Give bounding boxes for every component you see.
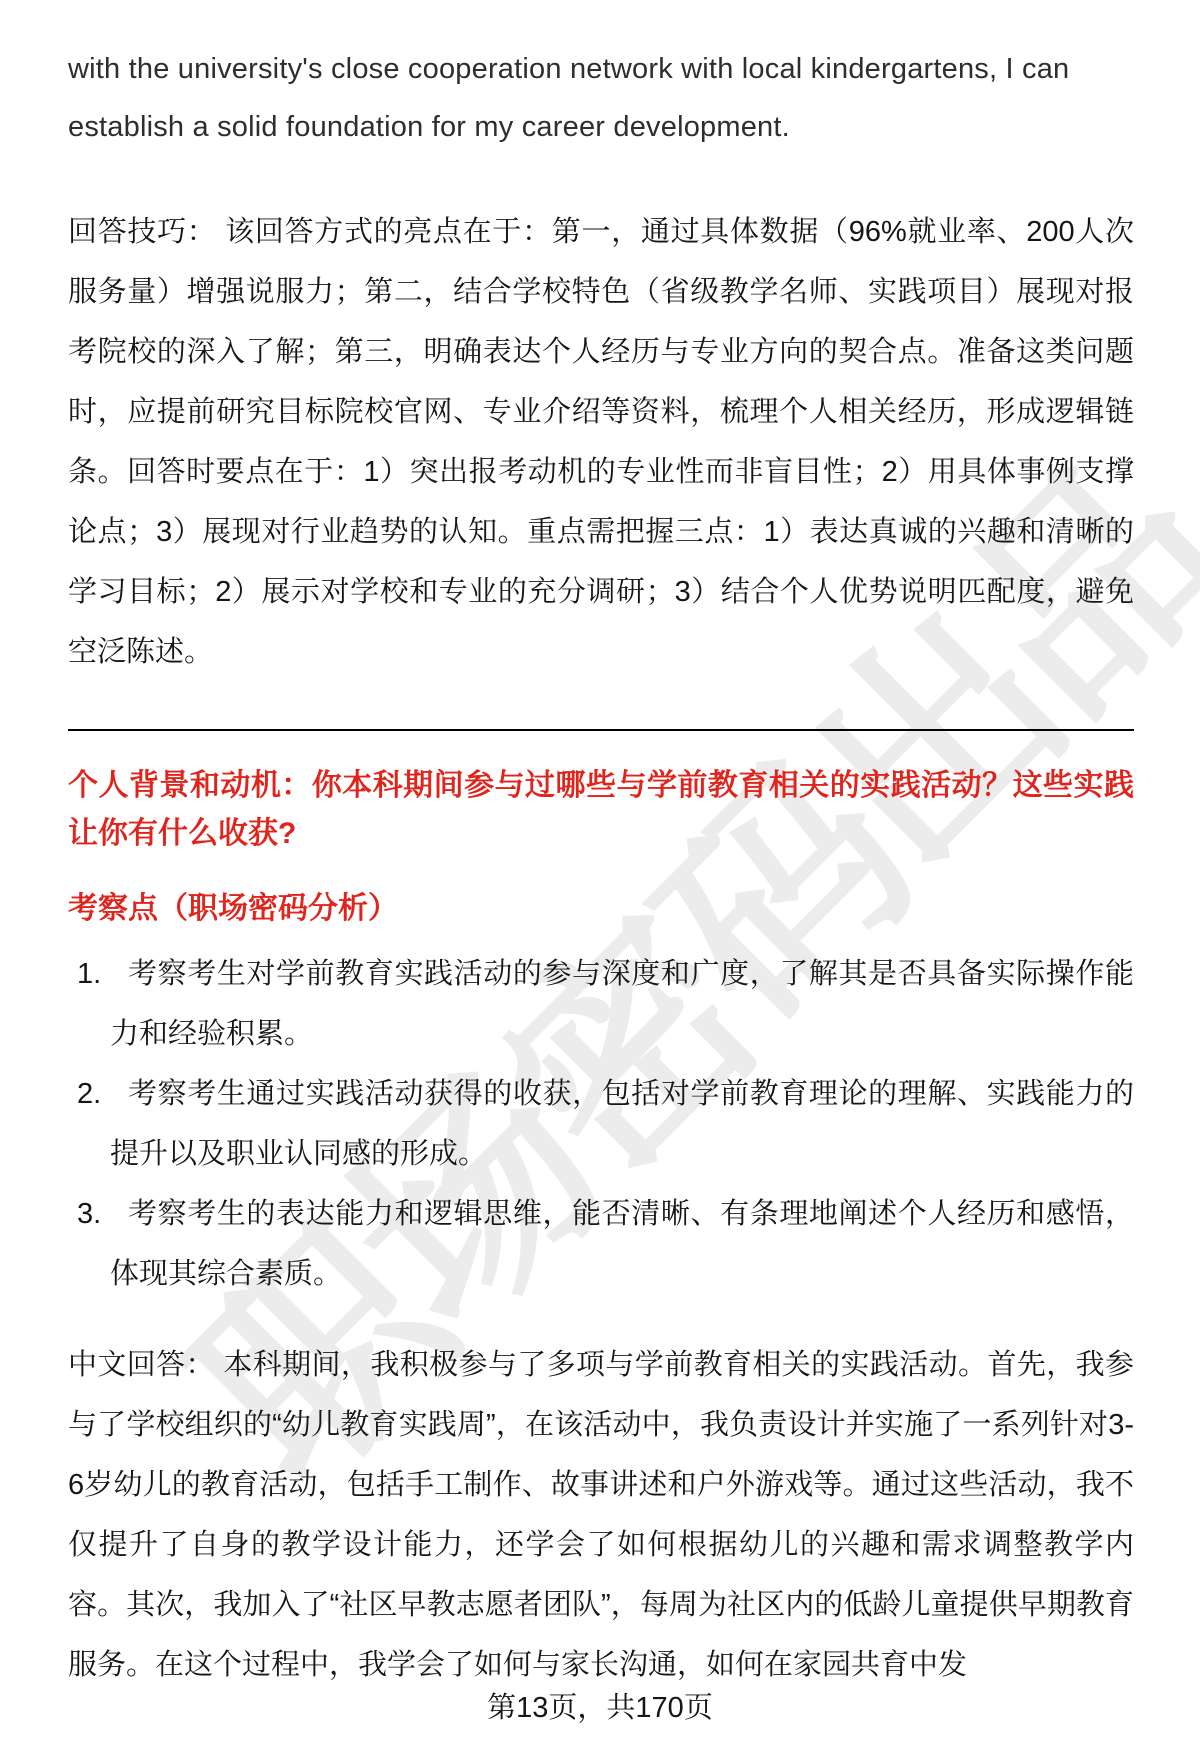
analysis-points-list: 1. 考察考生对学前教育实践活动的参与深度和广度，了解其是否具备实际操作能力和经… — [68, 944, 1134, 1304]
document-page: 职场密码出品 with the university's close coope… — [0, 0, 1200, 1755]
list-item-number: 3. — [77, 1184, 101, 1244]
analysis-point-item-1: 1. 考察考生对学前教育实践活动的参与深度和广度，了解其是否具备实际操作能力和经… — [68, 944, 1134, 1064]
answer-tips-paragraph: 回答技巧： 该回答方式的亮点在于：第一，通过具体数据（96%就业率、200人次服… — [68, 202, 1134, 682]
analysis-heading: 考察点（职场密码分析） — [68, 885, 1134, 933]
section-divider — [68, 729, 1134, 731]
list-item-text: 考察考生通过实践活动获得的收获，包括对学前教育理论的理解、实践能力的提升以及职业… — [110, 1078, 1134, 1170]
question-heading: 个人背景和动机：你本科期间参与过哪些与学前教育相关的实践活动？这些实践让你有什么… — [68, 762, 1134, 858]
english-paragraph: with the university's close cooperation … — [68, 40, 1134, 156]
list-item-number: 2. — [77, 1064, 101, 1124]
chinese-answer-paragraph: 中文回答： 本科期间，我积极参与了多项与学前教育相关的实践活动。首先，我参与了学… — [68, 1335, 1134, 1695]
analysis-point-item-2: 2. 考察考生通过实践活动获得的收获，包括对学前教育理论的理解、实践能力的提升以… — [68, 1064, 1134, 1184]
list-item-text: 考察考生对学前教育实践活动的参与深度和广度，了解其是否具备实际操作能力和经验积累… — [110, 958, 1134, 1050]
analysis-point-item-3: 3. 考察考生的表达能力和逻辑思维，能否清晰、有条理地阐述个人经历和感悟，体现其… — [68, 1184, 1134, 1304]
list-item-number: 1. — [77, 944, 101, 1004]
list-item-text: 考察考生的表达能力和逻辑思维，能否清晰、有条理地阐述个人经历和感悟，体现其综合素… — [110, 1198, 1134, 1290]
page-footer: 第13页，共170页 — [0, 1688, 1200, 1728]
page-content: with the university's close cooperation … — [0, 0, 1200, 1695]
